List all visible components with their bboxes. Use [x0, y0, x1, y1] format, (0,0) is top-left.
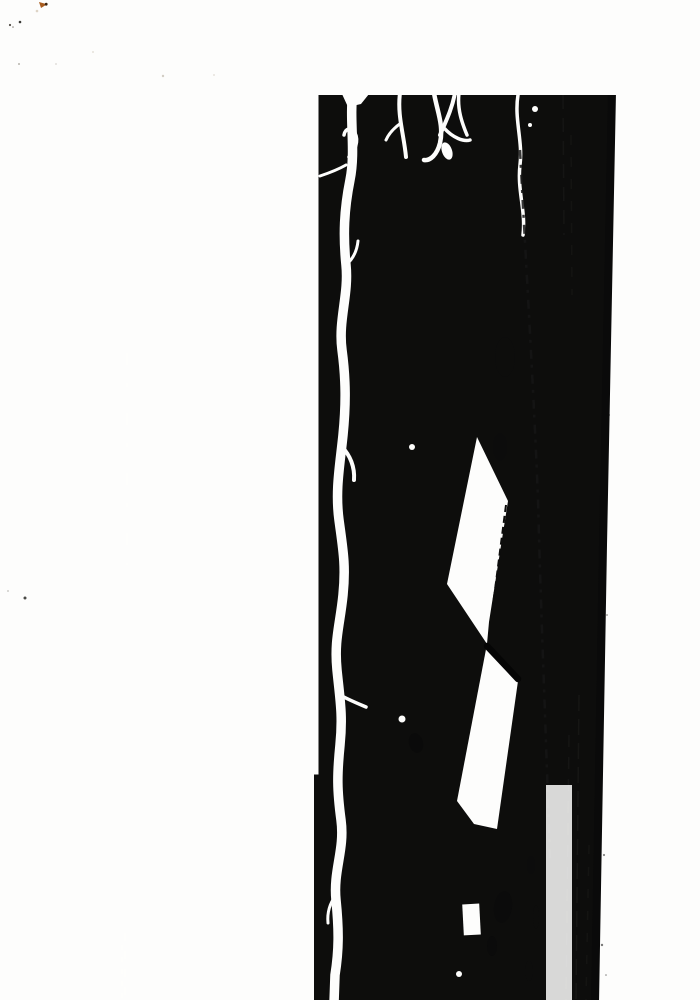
ink-smudge [36, 10, 39, 13]
toner-blob [533, 905, 539, 929]
pencil-speck [18, 63, 20, 65]
halftone-photograph: Sideways halftone photograph: a nearly s… [103, 95, 617, 1000]
toner-blob [487, 936, 497, 956]
sky-specks [103, 95, 333, 1000]
pencil-speck [92, 51, 94, 53]
white-fleck [409, 444, 415, 450]
pencil-speck [55, 63, 57, 65]
speck [605, 974, 607, 976]
speck [601, 944, 603, 946]
white-fleck [399, 716, 406, 723]
field-dark-patch [495, 337, 515, 377]
photo-svg [103, 95, 617, 1000]
speck [606, 614, 608, 616]
toner-blob [525, 961, 533, 981]
runway-white-band [546, 785, 572, 1000]
ink-dot [19, 21, 22, 24]
pencil-speck [162, 75, 164, 77]
tendril-spot [528, 123, 532, 127]
toner-speck [24, 597, 27, 600]
runway-top-patch [540, 110, 610, 235]
toner-blob [527, 856, 535, 874]
pencil-speck [213, 74, 215, 76]
field-dark-patch [493, 433, 507, 461]
ink-dot [12, 26, 14, 28]
toner-speck [7, 590, 9, 592]
photocopied-page: Sideways halftone photograph: a nearly s… [0, 0, 700, 1000]
white-fleck [456, 971, 462, 977]
ink-arrow-tip [45, 3, 48, 6]
speck [608, 414, 610, 416]
tendril-spot [532, 106, 538, 112]
speck [603, 854, 605, 856]
ink-dot [9, 24, 11, 26]
white-rectangle-marker [462, 904, 481, 936]
